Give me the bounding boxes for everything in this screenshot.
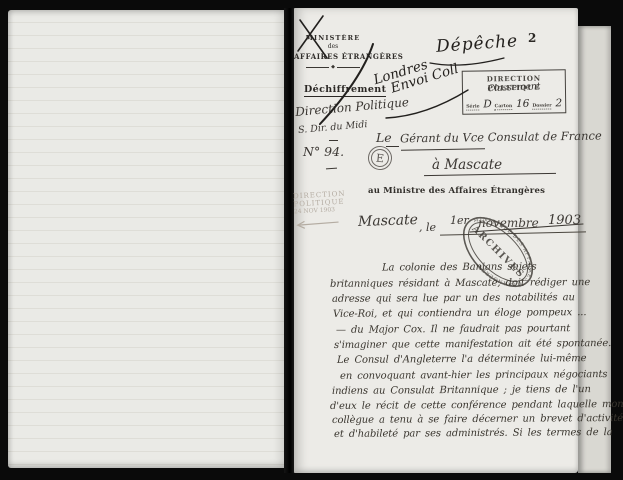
carton-value: 16 [516,98,530,110]
left-blank-ruled-page [8,10,288,468]
serie-label: Série [466,104,479,110]
dash-mark [386,146,399,147]
dateline-year: 1903 [548,213,581,228]
divider-line [337,67,360,68]
gerant-line: Gérant du Vce Consulat de France [400,129,602,146]
handwritten-dispatch-number: N° 94. [303,144,344,159]
letterhead-des: des [300,43,366,50]
carton-label: Carton [495,104,513,110]
place-line: à Mascate [432,157,502,173]
body-line: d'eux le récit de cette conférence penda… [330,399,623,412]
letterhead-affaires-etrangeres: AFFAIRES ÉTRANGÈRES [294,52,374,61]
body-line: britanniques résidant à Mascate, doit ré… [330,277,590,290]
letterhead-divider: ◆ [306,65,360,70]
circled-e-letter: E [368,146,392,170]
reception-stamp-date: 24 NOV 1903 [294,207,347,217]
letterhead-ministere: MINISTÈRE [300,34,366,42]
body-line: Le Consul d'Angleterre l'a déterminée lu… [337,353,586,366]
circled-e-stamp: E [367,145,393,171]
gerant-line-prefix: Le [376,130,392,145]
body-line: s'imaginer que cette manifestation ait é… [334,338,611,351]
dechiffrement-heading: Déchiffrement [304,84,386,97]
body-line: — du Major Cox. Il ne faudrait pas pourt… [336,323,570,336]
serie-value: D [483,98,492,110]
body-line: collègue a tenu à se faire décerner un b… [332,413,623,426]
dossier-value: 2 [555,97,562,109]
dateline-place: Mascate [358,212,418,230]
dossier-label: Dossier [532,103,551,109]
classification-stamp: DIRECTION POLITIQUE Classement Série D C… [462,69,567,114]
page-number: 2 [528,31,536,45]
dateline-le: , le [419,221,436,234]
body-line: La colonie des Banians sujets [382,261,537,273]
reception-date-stamp: DIRECTION POLITIQUE 24 NOV 1903 [293,190,348,235]
dash-mark [329,140,338,141]
body-line: et d'habileté par ses administrés. Si le… [334,427,613,440]
body-line: Vice-Roi, et qui contiendra un éloge pom… [333,307,587,320]
divider-line [306,67,329,68]
body-line: indiens au Consulat Britannique ; je tie… [332,384,591,397]
diamond-icon: ◆ [329,65,337,70]
body-line: adresse qui sera lue par un des notabili… [332,292,575,305]
left-arrow-icon [294,218,342,230]
minister-address-line: au Ministre des Affaires Étrangères [368,186,545,196]
body-line: en convoquant avant-hier les principaux … [340,369,608,382]
